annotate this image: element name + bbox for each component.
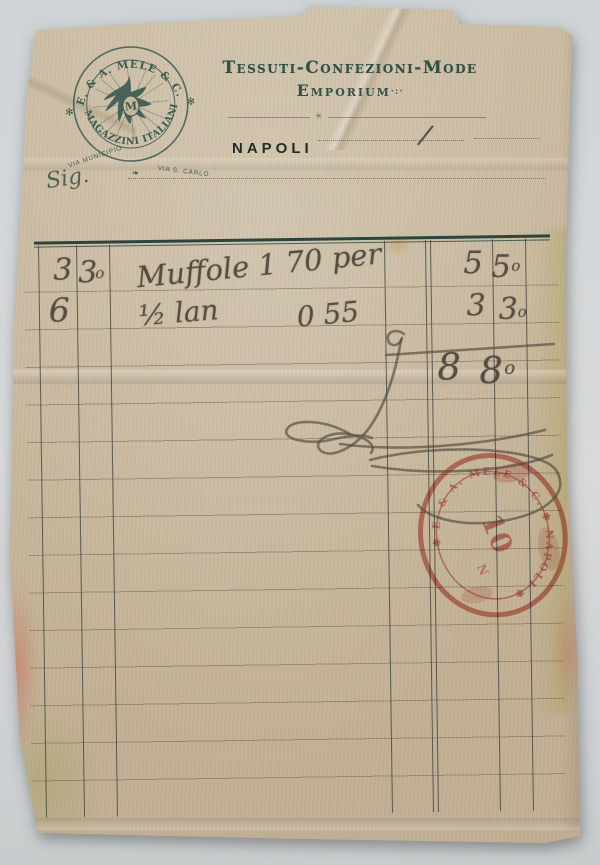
total-lire: 8	[437, 345, 461, 388]
row2-unit-price: 0 55	[295, 295, 360, 334]
row1-cent-small: o	[511, 257, 520, 275]
total-cent: 8	[479, 349, 503, 392]
red-rubber-stamp: ✱ E. & A. MELE & C. ✱ NAPOLI ✱ 10 N	[387, 424, 600, 649]
handwritten-date-mark: /	[418, 120, 433, 151]
row1-description: Muffole 1 70 per	[135, 237, 383, 295]
invoice-paper: M E. & A. MELE & C. MAGAZZINI ITALIANI ✻…	[0, 0, 600, 865]
handwritten-entries: / 3 3 o Muffole 1 70 per 5 5 o 6 ½ lan 0…	[0, 0, 600, 865]
row1-cent: 5	[491, 249, 511, 285]
stamp-center-text: 10	[474, 509, 519, 557]
row2-qty-a: 6	[49, 290, 70, 329]
stamp-sub-text: N	[474, 562, 491, 577]
row2-cent: 3	[499, 292, 518, 327]
photo-background: M E. & A. MELE & C. MAGAZZINI ITALIANI ✻…	[0, 0, 600, 865]
paper-shadow-wrap: M E. & A. MELE & C. MAGAZZINI ITALIANI ✻…	[0, 0, 600, 865]
row2-cent-small: o	[518, 303, 527, 321]
row2-lire: 3	[466, 288, 485, 323]
row2-description: ½ lan	[138, 293, 220, 332]
row1-qty-a: 3	[53, 252, 72, 287]
row1-lire: 5	[463, 245, 483, 281]
total-cent-small: o	[504, 358, 515, 379]
row1-qty-b-small: o	[95, 264, 104, 282]
